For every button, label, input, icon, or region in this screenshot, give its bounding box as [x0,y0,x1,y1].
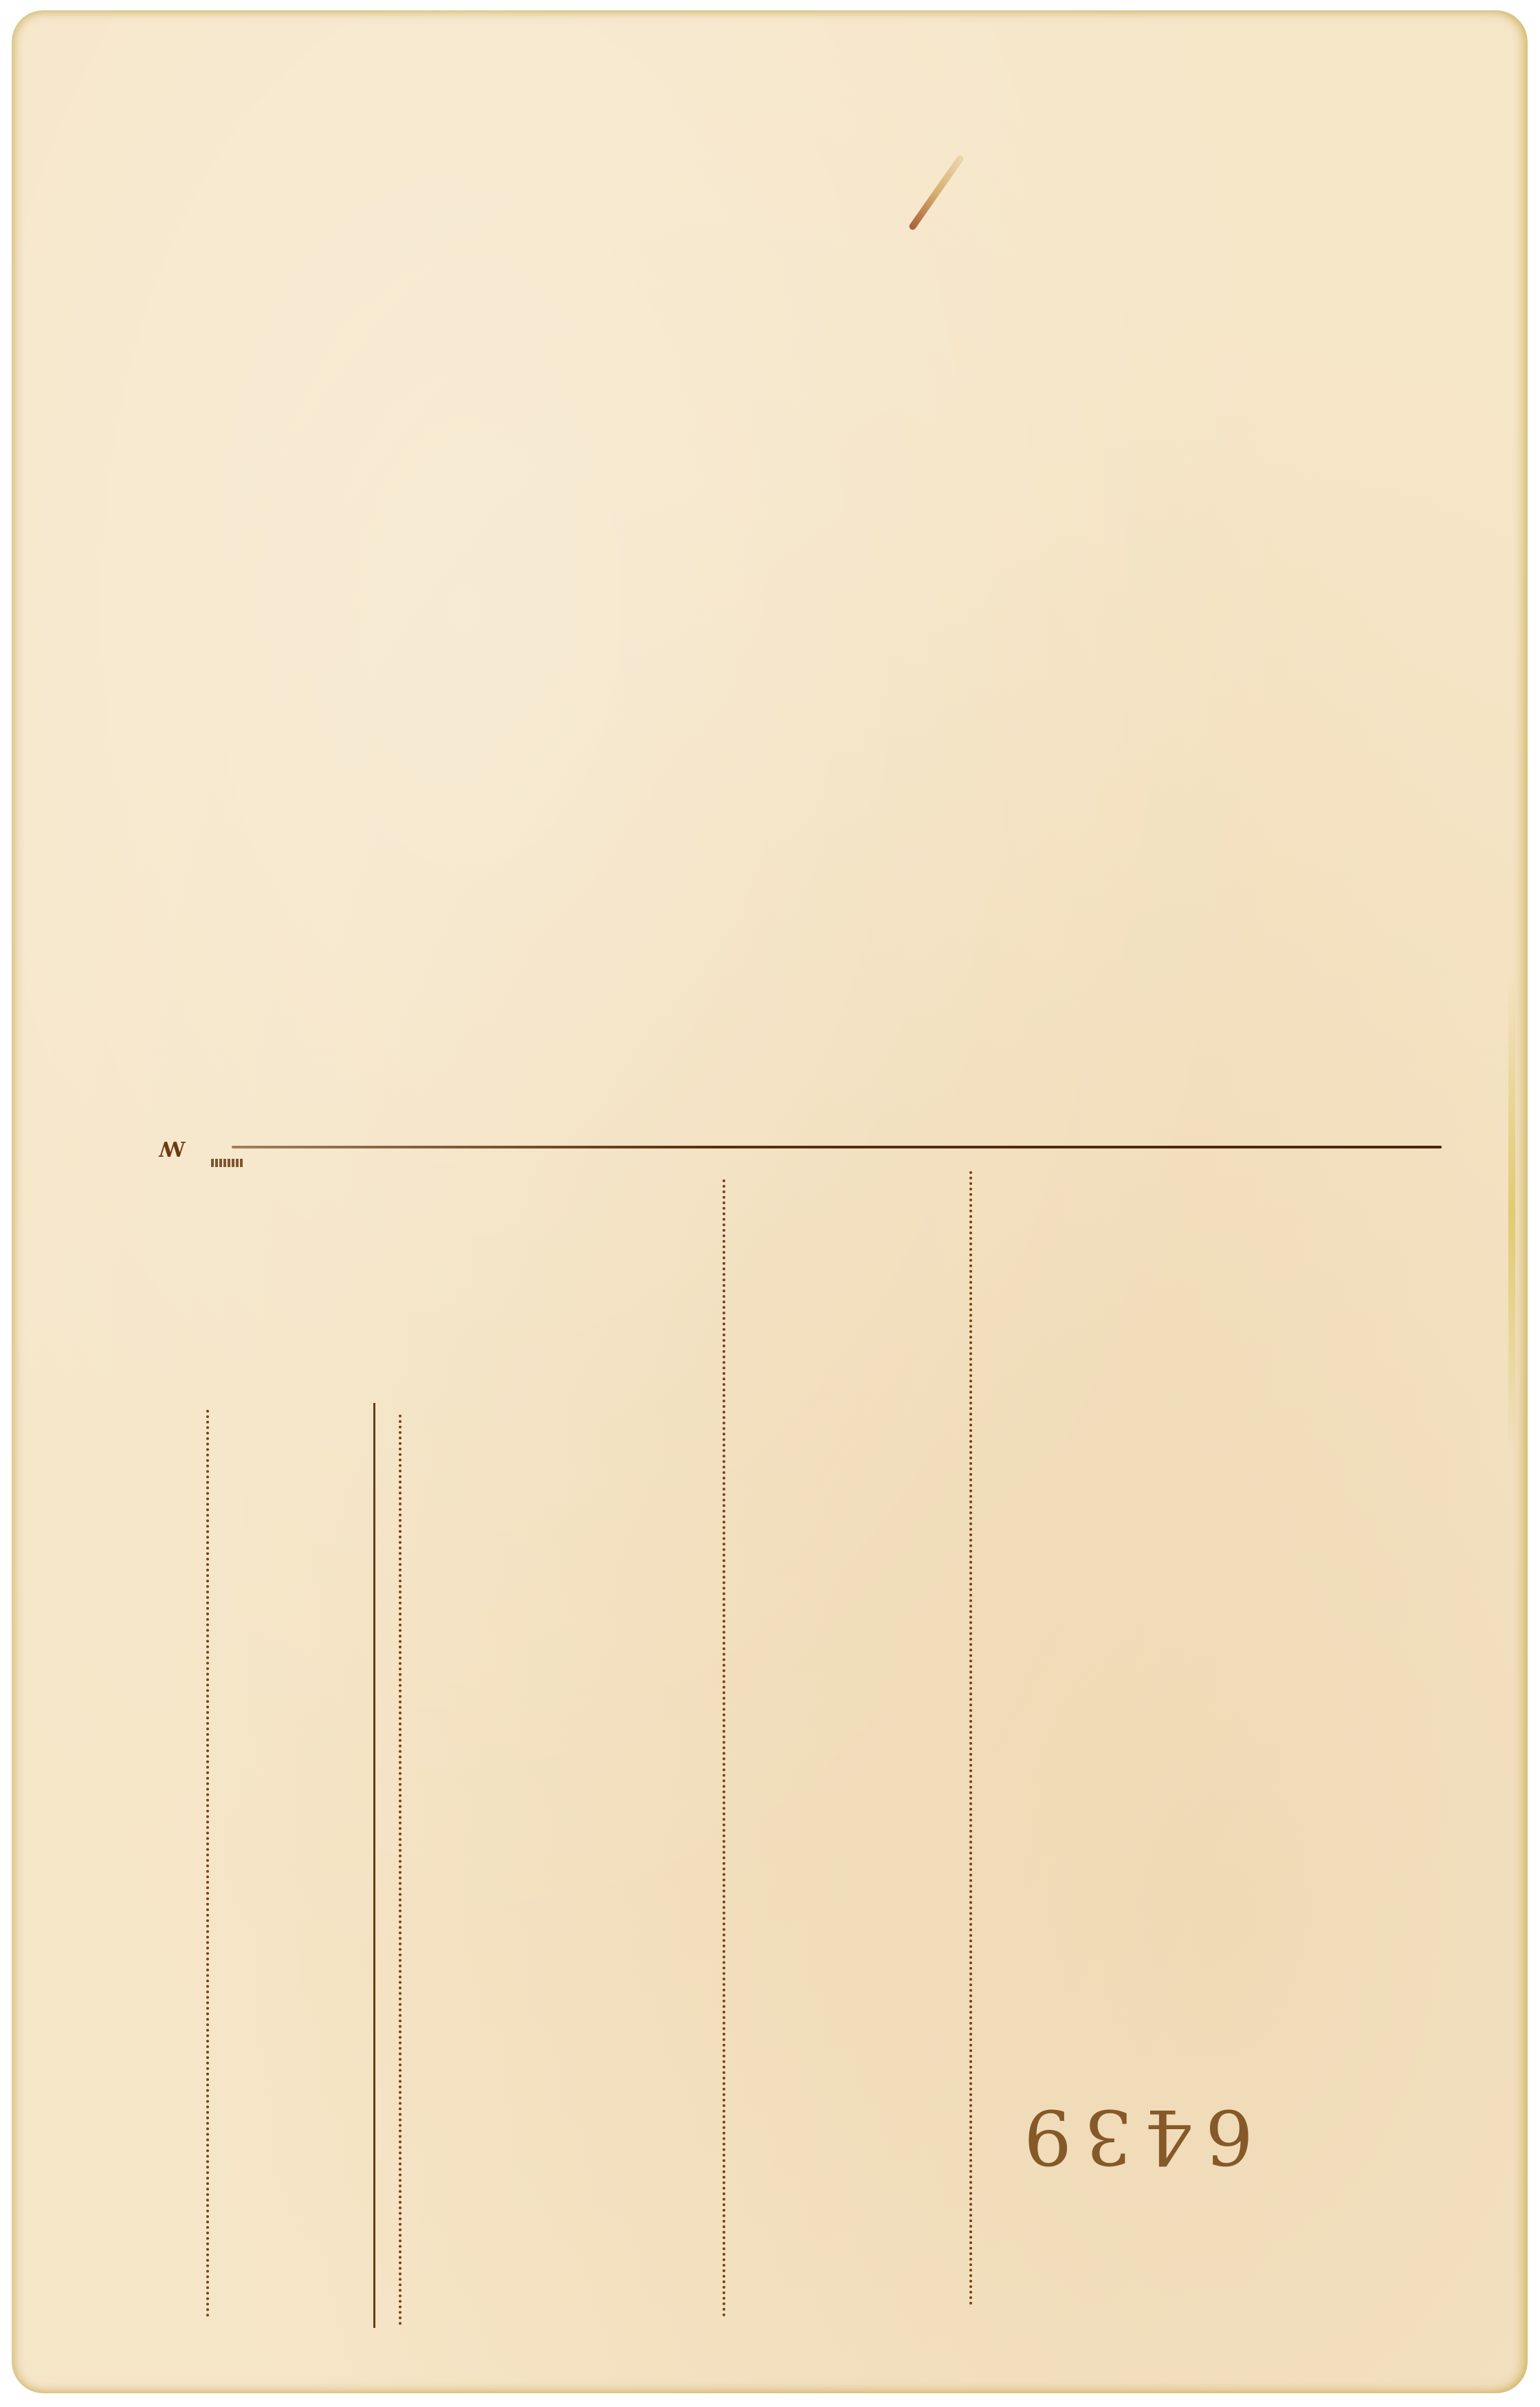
vertical-rule-dotted-2 [399,1415,401,2326]
vertical-rule-solid [373,1403,375,2328]
horizontal-divider-line [232,1146,1442,1148]
vertical-rule-dotted-3 [723,1179,725,2318]
vertical-rule-dotted-1 [206,1410,209,2318]
serial-number: 6439 [1002,2095,1263,2178]
edge-discoloration [1508,973,1515,1455]
divider-ornament: ꟿ [159,1138,184,1162]
divider-ornament-underline [211,1159,244,1167]
ink-stain [908,154,965,231]
vertical-rule-dotted-4 [969,1171,972,2306]
postcard-back: ꟿ 6439 [12,10,1528,2393]
